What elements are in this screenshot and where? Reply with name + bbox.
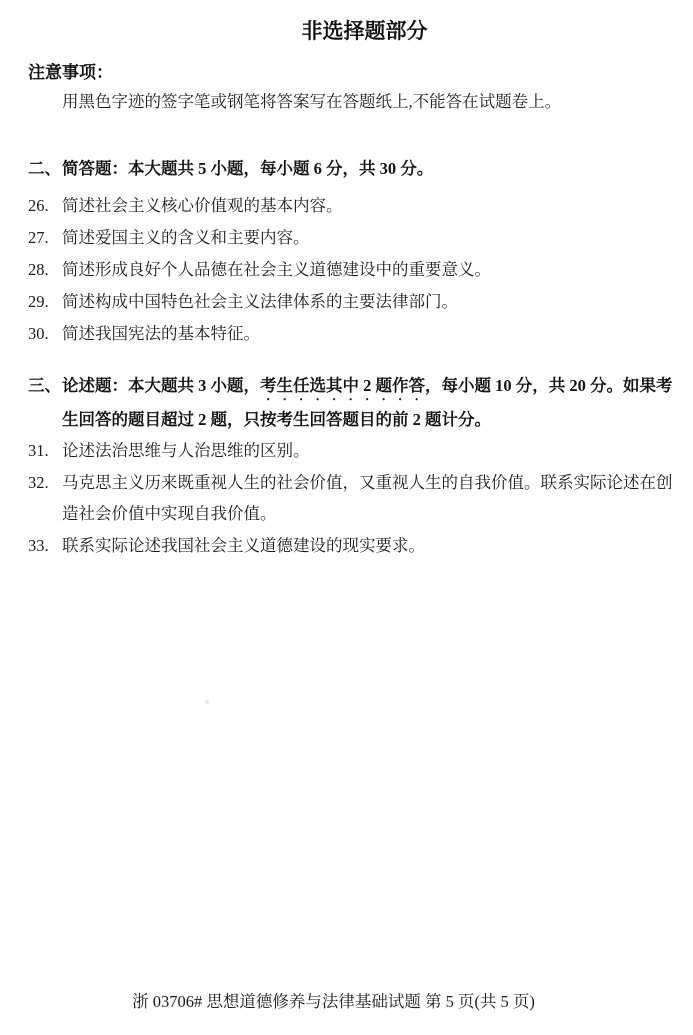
section-heading-essay: 三、 论述题：本大题共 3 小题，考生任选其中 2 题作答，每小题 10 分，共… bbox=[28, 370, 693, 435]
page-content: 非选择题部分 注意事项： 用黑色字迹的签字笔或钢笔将答案写在答题纸上,不能答在试… bbox=[0, 16, 693, 561]
question-row-30: 30. 简述我国宪法的基本特征。 bbox=[28, 318, 693, 349]
section-heading-text: 简答题：本大题共 5 小题，每小题 6 分，共 30 分。 bbox=[62, 153, 674, 187]
question-row-29: 29. 简述构成中国特色社会主义法律体系的主要法律部门。 bbox=[28, 286, 693, 317]
question-number: 32. bbox=[28, 467, 62, 529]
question-row-33: 33. 联系实际论述我国社会主义道德建设的现实要求。 bbox=[28, 530, 693, 561]
question-number: 33. bbox=[28, 530, 62, 561]
question-row-32: 32. 马克思主义历来既重视人生的社会价值，又重视人生的自我价值。联系实际论述在… bbox=[28, 467, 693, 529]
question-row-27: 27. 简述爱国主义的含义和主要内容。 bbox=[28, 222, 693, 253]
question-text: 联系实际论述我国社会主义道德建设的现实要求。 bbox=[62, 530, 674, 561]
exam-paper-page: 非选择题部分 注意事项： 用黑色字迹的签字笔或钢笔将答案写在答题纸上,不能答在试… bbox=[0, 0, 693, 1035]
question-row-31: 31. 论述法治思维与人治思维的区别。 bbox=[28, 435, 693, 466]
notice-block: 注意事项： 用黑色字迹的签字笔或钢笔将答案写在答题纸上,不能答在试题卷上。 bbox=[28, 60, 693, 117]
question-text: 简述形成良好个人品德在社会主义道德建设中的重要意义。 bbox=[62, 254, 674, 285]
question-row-28: 28. 简述形成良好个人品德在社会主义道德建设中的重要意义。 bbox=[28, 254, 693, 285]
question-number: 28. bbox=[28, 254, 62, 285]
question-text: 论述法治思维与人治思维的区别。 bbox=[62, 435, 674, 466]
question-text: 简述我国宪法的基本特征。 bbox=[62, 318, 674, 349]
section-label: 三、 bbox=[28, 370, 62, 435]
question-number: 31. bbox=[28, 435, 62, 466]
notice-body: 用黑色字迹的签字笔或钢笔将答案写在答题纸上,不能答在试题卷上。 bbox=[28, 86, 693, 117]
section-heading-pre: 简答题：本大题共 5 小题，每小题 6 分，共 30 分。 bbox=[62, 159, 433, 178]
question-number: 30. bbox=[28, 318, 62, 349]
question-text: 简述社会主义核心价值观的基本内容。 bbox=[62, 190, 674, 221]
question-text: 简述构成中国特色社会主义法律体系的主要法律部门。 bbox=[62, 286, 674, 317]
section-heading-text: 论述题：本大题共 3 小题，考生任选其中 2 题作答，每小题 10 分，共 20… bbox=[62, 370, 674, 435]
question-number: 26. bbox=[28, 190, 62, 221]
question-row-26: 26. 简述社会主义核心价值观的基本内容。 bbox=[28, 190, 693, 221]
page-footer: 浙 03706# 思想道德修养与法律基础试题 第 5 页(共 5 页) bbox=[0, 991, 680, 1013]
section-heading-short-answer: 二、 简答题：本大题共 5 小题，每小题 6 分，共 30 分。 bbox=[28, 153, 693, 187]
notice-heading: 注意事项： bbox=[28, 60, 693, 86]
section-heading-pre: 论述题：本大题共 3 小题， bbox=[62, 376, 260, 395]
question-number: 29. bbox=[28, 286, 62, 317]
scan-speck bbox=[205, 700, 209, 704]
question-number: 27. bbox=[28, 222, 62, 253]
section-label: 二、 bbox=[28, 153, 62, 187]
question-text: 马克思主义历来既重视人生的社会价值，又重视人生的自我价值。联系实际论述在创造社会… bbox=[62, 467, 674, 529]
page-title: 非选择题部分 bbox=[46, 16, 683, 46]
emphasized-text: 考生任选其中 2 题作答 bbox=[260, 376, 425, 395]
question-text: 简述爱国主义的含义和主要内容。 bbox=[62, 222, 674, 253]
